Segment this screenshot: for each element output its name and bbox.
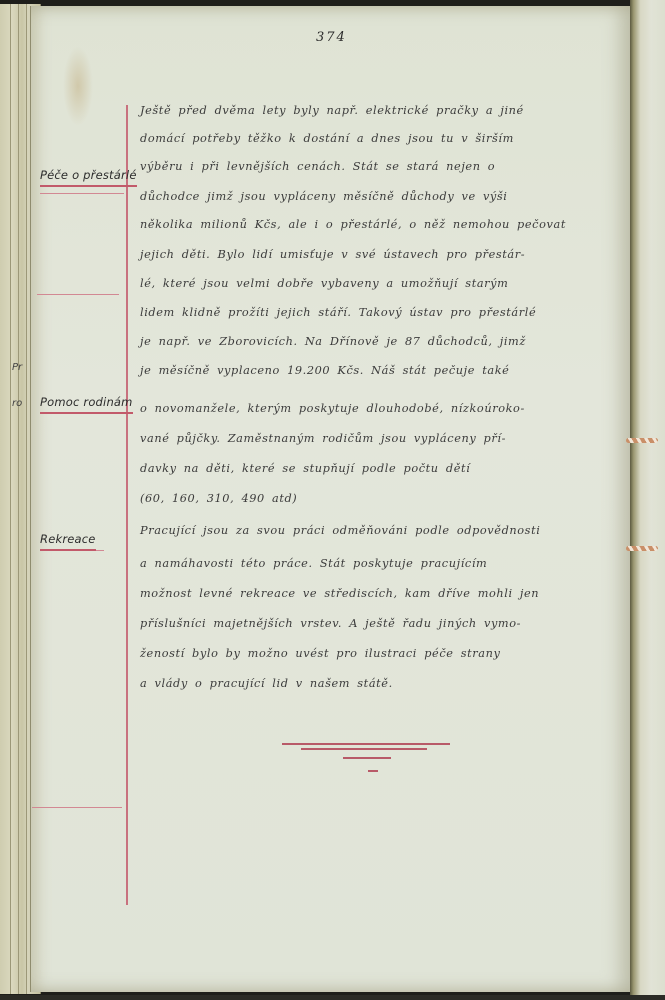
closing-rule (301, 748, 427, 750)
handwritten-line: je měsíčně vyplaceno 19.200 Kčs. Náš stá… (140, 364, 610, 377)
closing-rule (343, 757, 391, 759)
handwritten-line: možnost levné rekreace ve střediscích, k… (140, 587, 610, 600)
handwritten-line: důchodce jimž jsou vypláceny měsíčně důc… (140, 190, 610, 203)
handwritten-line: davky na děti, které se stupňují podle p… (140, 462, 610, 475)
heading-underline (40, 185, 137, 187)
handwritten-line: žeností bylo by možno uvést pro ilustrac… (140, 647, 610, 660)
handwritten-line: výběru i při levnějších cenách. Stát se … (140, 160, 610, 173)
margin-heading: Péče o přestárlé (40, 168, 137, 187)
margin-heading-text: Rekreace (40, 532, 96, 546)
handwritten-line: o novomanžele, kterým poskytuje dlouhodo… (140, 402, 610, 415)
previous-page-fragment: ro (12, 398, 22, 409)
handwritten-line: (60, 160, 310, 490 atd) (140, 492, 610, 505)
handwritten-line: jejich děti. Bylo lidí umisťuje v své ús… (140, 248, 610, 261)
handwritten-line: několika milionů Kčs, ale i o přestárlé,… (140, 218, 610, 231)
handwritten-line: Ještě před dvěma lety byly např. elektri… (140, 104, 610, 117)
closing-rule (368, 770, 378, 772)
binding-string (626, 546, 658, 551)
handwritten-line: a vlády o pracující lid v našem státě. (140, 677, 610, 690)
page-stain (63, 46, 93, 126)
handwritten-line: lé, které jsou velmi dobře vybaveny a um… (140, 277, 610, 290)
handwritten-line: lidem klidně prožíti jejich stáří. Takov… (140, 306, 610, 319)
closing-rule (282, 743, 450, 745)
handwritten-line: domácí potřeby těžko k dostání a dnes js… (140, 132, 610, 145)
handwritten-line: je např. ve Zborovicích. Na Dřínově je 8… (140, 335, 610, 348)
margin-tick-line (32, 807, 122, 808)
handwritten-line: příslušníci majetnějších vrstev. A ještě… (140, 617, 610, 630)
margin-heading: Rekreace (40, 532, 96, 551)
heading-underline (40, 549, 96, 551)
margin-heading-text: Péče o přestárlé (40, 168, 137, 182)
page-number: 374 (316, 30, 347, 45)
handwritten-line: vané půjčky. Zaměstnaným rodičům jsou vy… (140, 432, 610, 445)
handwritten-line: a namáhavosti této práce. Stát poskytuje… (140, 557, 610, 570)
ledger-book: 374 Péče o přestárléPomoc rodinámRekreac… (0, 0, 665, 995)
heading-underline (40, 412, 133, 414)
book-gutter (630, 0, 665, 995)
margin-tick-line (37, 294, 119, 295)
previous-page-fragment: Pr (12, 362, 22, 373)
margin-rule (126, 105, 128, 905)
handwritten-line: Pracující jsou za svou práci odměňováni … (140, 524, 610, 537)
margin-heading-text: Pomoc rodinám (40, 395, 133, 409)
margin-tick-line (40, 193, 124, 194)
margin-heading: Pomoc rodinám (40, 395, 133, 414)
binding-string (626, 438, 658, 443)
